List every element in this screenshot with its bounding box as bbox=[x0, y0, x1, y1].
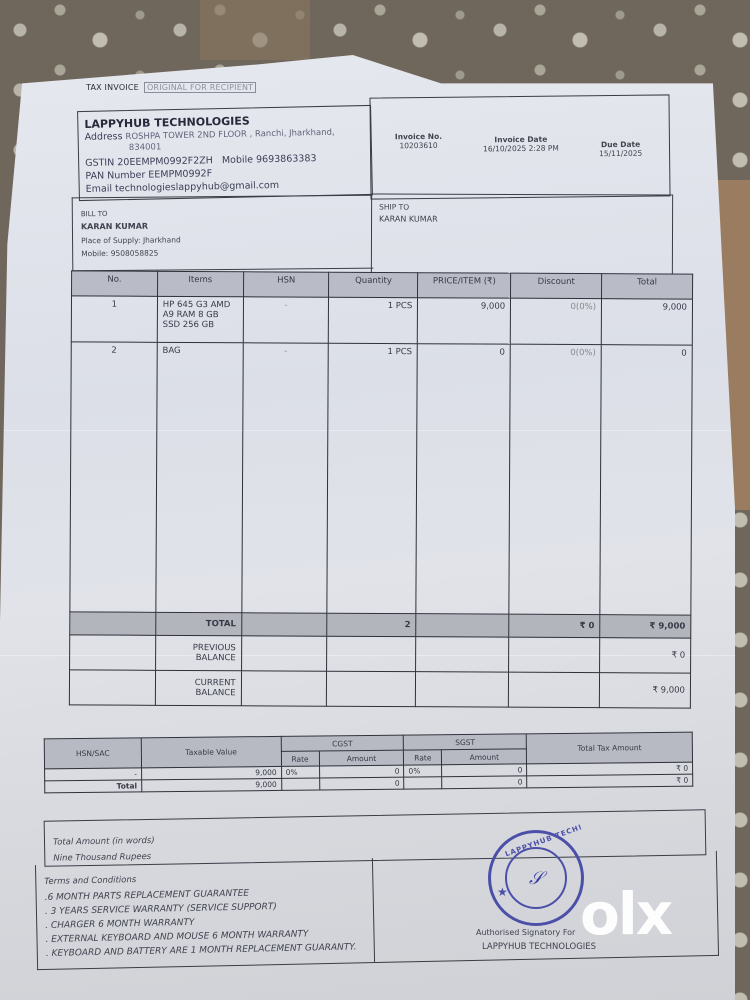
current-balance-value: ₹ 9,000 bbox=[599, 673, 690, 708]
row-item: HP 645 G3 AMD A9 RAM 8 GB SSD 256 GB bbox=[157, 296, 243, 342]
seller-email: Email technologieslappyhub@gmail.com bbox=[86, 180, 280, 195]
terms-item: . CHARGER 6 MONTH WARRANTY bbox=[45, 918, 194, 931]
col-cgst: CGST bbox=[281, 735, 404, 751]
row-no: 2 bbox=[70, 342, 157, 612]
row-qty: 1 PCS bbox=[329, 297, 418, 343]
total-discount: ₹ 0 bbox=[509, 614, 600, 637]
table-row: 1 HP 645 G3 AMD A9 RAM 8 GB SSD 256 GB -… bbox=[71, 296, 692, 345]
col-sgst-amount: Amount bbox=[442, 749, 527, 765]
invoice-no: Invoice No. 10203610 bbox=[395, 132, 442, 150]
amount-in-words-value: Nine Thousand Rupees bbox=[53, 852, 151, 864]
row-item: BAG bbox=[156, 342, 243, 612]
col-total: Total bbox=[602, 274, 693, 299]
copy-tag: ORIGINAL FOR RECIPIENT bbox=[144, 82, 256, 93]
col-no: No. bbox=[72, 271, 158, 296]
col-taxable-value: Taxable Value bbox=[141, 736, 281, 767]
amount-in-words-label: Total Amount (in words) bbox=[53, 836, 155, 848]
bill-to-label: BILL TO bbox=[81, 210, 108, 218]
seller-gstin-mobile: GSTIN 20EEMPM0992F2ZH Mobile 9693863383 bbox=[85, 153, 317, 169]
seller-mobile: Mobile 9693863383 bbox=[222, 153, 317, 166]
title-text: TAX INVOICE bbox=[86, 83, 139, 92]
col-total-tax: Total Tax Amount bbox=[526, 732, 692, 764]
tax-summary-table: HSN/SAC Taxable Value CGST SGST Total Ta… bbox=[44, 732, 694, 794]
col-items: Items bbox=[157, 271, 243, 296]
address-line1: ROSHPA TOWER 2ND FLOOR , Ranchi, Jharkha… bbox=[125, 128, 334, 142]
address-label: Address bbox=[85, 131, 123, 143]
row-total: 0 bbox=[600, 345, 692, 615]
due-date-label: Due Date bbox=[599, 140, 642, 149]
current-balance-row: CURRENT BALANCE ₹ 9,000 bbox=[69, 670, 690, 708]
invoice-date: Invoice Date 16/10/2025 2:28 PM bbox=[483, 135, 559, 154]
invoice-date-value: 16/10/2025 2:28 PM bbox=[483, 144, 559, 154]
tax-total-cgst: 0 bbox=[319, 777, 404, 790]
tax-cgst-amount: 0 bbox=[319, 765, 404, 778]
terms-item: . 3 YEARS SERVICE WARRANTY (SERVICE SUPP… bbox=[45, 902, 277, 917]
tax-hsn: - bbox=[45, 768, 142, 781]
terms-item: .6 MONTH PARTS REPLACEMENT GUARANTEE bbox=[45, 889, 250, 903]
total-label: TOTAL bbox=[156, 612, 242, 635]
signatory-label: Authorised Signatory For bbox=[476, 928, 575, 937]
terms-item: . KEYBOARD AND BATTERY ARE 1 MONTH REPLA… bbox=[46, 942, 357, 959]
col-cgst-rate: Rate bbox=[281, 751, 319, 766]
seller-block: LAPPYHUB TECHNOLOGIES Address ROSHPA TOW… bbox=[77, 105, 373, 201]
table-row: 2 BAG - 1 PCS 0 0(0%) 0 bbox=[70, 342, 692, 615]
tax-sgst-rate: 0% bbox=[404, 765, 442, 777]
signatory-company: LAPPYHUB TECHNOLOGIES bbox=[482, 942, 596, 952]
ship-to-block: SHIP TO KARAN KUMAR bbox=[371, 193, 673, 276]
col-hsn: HSN bbox=[243, 272, 329, 297]
bill-to-block: BILL TO KARAN KUMAR Place of Supply: Jha… bbox=[72, 195, 374, 272]
row-no: 1 bbox=[71, 296, 157, 342]
document-title: TAX INVOICEORIGINAL FOR RECIPIENT bbox=[86, 82, 256, 93]
tax-total-label: Total bbox=[45, 780, 142, 793]
col-sgst: SGST bbox=[404, 734, 527, 750]
col-cgst-amount: Amount bbox=[319, 750, 404, 766]
col-quantity: Quantity bbox=[329, 272, 418, 297]
star-icon: ★ bbox=[497, 885, 508, 899]
terms-label: Terms and Conditions bbox=[44, 875, 136, 887]
due-date-value: 15/11/2025 bbox=[599, 149, 642, 158]
tax-total-amount: ₹ 0 bbox=[527, 774, 693, 788]
col-discount: Discount bbox=[511, 273, 602, 298]
ship-to-name: KARAN KUMAR bbox=[379, 215, 438, 224]
total-qty: 2 bbox=[327, 613, 416, 636]
previous-balance-label: PREVIOUS BALANCE bbox=[155, 635, 241, 670]
seller-pan: PAN Number EEMPM0992F bbox=[85, 168, 212, 182]
tax-cgst-rate: 0% bbox=[281, 766, 319, 778]
row-discount: 0(0%) bbox=[510, 298, 601, 344]
tax-total-sgst: 0 bbox=[442, 776, 527, 789]
due-date: Due Date 15/11/2025 bbox=[599, 140, 642, 158]
address-line2: 834001 bbox=[129, 142, 162, 153]
floor-patch bbox=[200, 0, 310, 60]
col-hsn-sac: HSN/SAC bbox=[44, 738, 141, 769]
previous-balance-value: ₹ 0 bbox=[600, 638, 691, 673]
total-row: TOTAL 2 ₹ 0 ₹ 9,000 bbox=[70, 612, 691, 638]
row-hsn: - bbox=[243, 297, 329, 343]
invoice-no-value: 10203610 bbox=[395, 141, 442, 150]
ship-to-label: SHIP TO bbox=[379, 203, 409, 212]
company-stamp: LAPPYHUB TECHNOLOGIES ★ 𝒮 bbox=[488, 830, 584, 926]
terms-item: . EXTERNAL KEYBOARD AND MOUSE 6 MONTH WA… bbox=[45, 929, 308, 945]
invoice-meta: Invoice No. 10203610 Invoice Date 16/10/… bbox=[369, 94, 670, 199]
col-sgst-rate: Rate bbox=[404, 750, 442, 765]
tax-total-taxable: 9,000 bbox=[142, 778, 282, 791]
tax-sgst-amount: 0 bbox=[442, 764, 527, 777]
signature-divider bbox=[372, 858, 375, 962]
row-total: 9,000 bbox=[601, 299, 692, 345]
olx-watermark: olx bbox=[580, 880, 671, 948]
bill-to-mobile: Mobile: 9508058825 bbox=[81, 249, 158, 259]
col-price: PRICE/ITEM (₹) bbox=[418, 273, 511, 298]
row-discount: 0(0%) bbox=[509, 344, 601, 614]
previous-balance-row: PREVIOUS BALANCE ₹ 0 bbox=[70, 635, 691, 673]
current-balance-label: CURRENT BALANCE bbox=[155, 670, 241, 705]
invoice-no-label: Invoice No. bbox=[395, 132, 442, 141]
items-table: No. Items HSN Quantity PRICE/ITEM (₹) Di… bbox=[69, 270, 693, 708]
place-of-supply: Place of Supply: Jharkhand bbox=[81, 235, 181, 245]
gstin: GSTIN 20EEMPM0992F2ZH bbox=[85, 155, 213, 169]
bill-to-name: KARAN KUMAR bbox=[81, 222, 148, 232]
row-qty: 1 PCS bbox=[327, 343, 417, 613]
signature-scribble: 𝒮 bbox=[505, 847, 567, 909]
row-hsn: - bbox=[242, 343, 329, 613]
items-header-row: No. Items HSN Quantity PRICE/ITEM (₹) Di… bbox=[72, 271, 693, 299]
total-amount: ₹ 9,000 bbox=[600, 615, 691, 638]
row-price: 9,000 bbox=[418, 298, 511, 344]
row-price: 0 bbox=[416, 344, 510, 614]
